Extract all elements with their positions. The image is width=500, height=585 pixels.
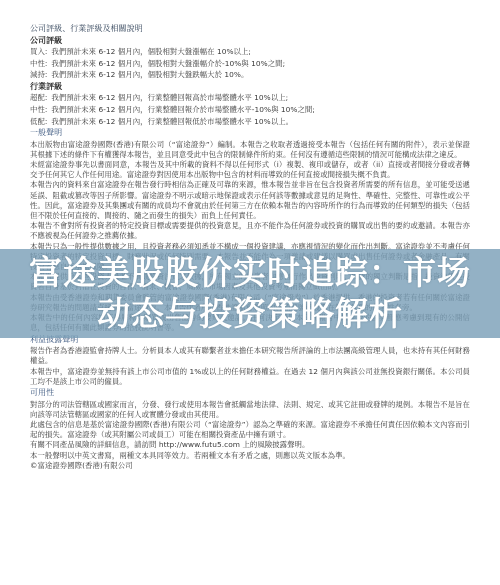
- rating-item-reduce: 減持:我們預計未來 6-12 個月內，個股相對大盤跌幅大於 10%。: [30, 70, 470, 80]
- general-paragraph: 本報告不會對所有投資者的特定投資目標或需要提供的投資意見，且亦不能作為任何證券或…: [30, 221, 470, 241]
- overlay-title-line-1: 富途美股股价实时追踪：市场: [0, 252, 500, 293]
- rating-text: 我們預計未來 6-12 個月內，個股相對大盤跌幅大於 10%。: [51, 70, 248, 79]
- rating-text: 我們預計未來 6-12 個月內，個股相對大盤漲幅在 10%以上;: [51, 47, 251, 56]
- disclaimer-document: 公司評級、行業評級及相關說明 公司評級 買入:我們預計未來 6-12 個月內，個…: [30, 24, 470, 471]
- availability-heading: 可用性: [30, 388, 470, 398]
- rating-label: 中性:: [30, 105, 47, 114]
- rating-label: 買入:: [30, 47, 47, 56]
- copyright: ©富途證券國際(香港)有限公司: [30, 461, 470, 471]
- language-paragraph: 本一般聲明以中英文書寫，兩種文本具同等效力。若兩種文本有矛盾之處，則應以英文版本…: [30, 451, 470, 461]
- disclosure-paragraph: 本報告中，富途證券並無持有該上市公司市值的 1%或以上的任何財務權益。在過去 1…: [30, 367, 470, 387]
- rating-text: 我們預計未來 6-12 個月內，行業整體回報低於市場整體水平 10%以上。: [51, 117, 293, 126]
- risk-link-paragraph: 有關不同產品風險的詳細信息，請訪問 http://www.futu5.com 上…: [30, 440, 470, 450]
- rating-text: 我們預計未來 6-12 個月內，個股相對大盤漲幅介於-10%與 10%之間;: [51, 59, 285, 68]
- rating-label: 超配:: [30, 93, 47, 102]
- rating-label: 低配:: [30, 117, 47, 126]
- industry-rating-heading: 行業評級: [30, 82, 470, 92]
- disclosure-paragraph: 報告作者為香港證監會持牌人士。分析員本人或其有聯繫者並未擔任本研究報告所評論的上…: [30, 346, 470, 366]
- general-paragraph: 未經富途證券事先以書面同意，本報告及其中所載的資料不得以任何形式（i）複製、複印…: [30, 160, 470, 180]
- overlay-title-line-2: 动态与投资策略解析: [0, 293, 500, 334]
- general-paragraph: 本報告內的資料來自富途證券在報告發行時相信為正確及可靠的來源，惟本報告並非旨在包…: [30, 180, 470, 221]
- availability-paragraph: 對部分的司法管轄區或國家而言，分發、發行或使用本報告會抵觸當地法律、法則、規定、…: [30, 400, 470, 420]
- rating-item-buy: 買入:我們預計未來 6-12 個月內，個股相對大盤漲幅在 10%以上;: [30, 47, 470, 57]
- rating-item-neutral: 中性:我們預計未來 6-12 個月內，個股相對大盤漲幅介於-10%與 10%之間…: [30, 59, 470, 69]
- rating-text: 我們預計未來 6-12 個月內，行業整體回報介於市場整體水平-10%與 10%之…: [51, 105, 314, 114]
- rating-item-overweight: 超配:我們預計未來 6-12 個月內，行業整體回報高於市場整體水平 10%以上;: [30, 93, 470, 103]
- rating-item-industry-neutral: 中性:我們預計未來 6-12 個月內，行業整體回報介於市場整體水平-10%與 1…: [30, 105, 470, 115]
- rating-text: 我們預計未來 6-12 個月內，行業整體回報高於市場整體水平 10%以上;: [51, 93, 288, 102]
- overlay-title: 富途美股股价实时追踪：市场 动态与投资策略解析: [0, 252, 500, 334]
- general-paragraph: 本出版物由富途證券國際(香港)有限公司（“富途證券”）編制。本報告之收取者透過接…: [30, 140, 470, 160]
- rating-item-underweight: 低配:我們預計未來 6-12 個月內，行業整體回報低於市場整體水平 10%以上。: [30, 117, 470, 127]
- availability-paragraph: 此處包含的信息是基於富途證券國際(香港)有限公司（“富途證券”）認為之準確的來源…: [30, 420, 470, 440]
- general-statement-heading: 一般聲明: [30, 128, 470, 138]
- rating-label: 中性:: [30, 59, 47, 68]
- main-heading: 公司評級、行業評級及相關說明: [30, 24, 470, 34]
- company-rating-heading: 公司評級: [30, 36, 470, 46]
- rating-label: 減持:: [30, 70, 47, 79]
